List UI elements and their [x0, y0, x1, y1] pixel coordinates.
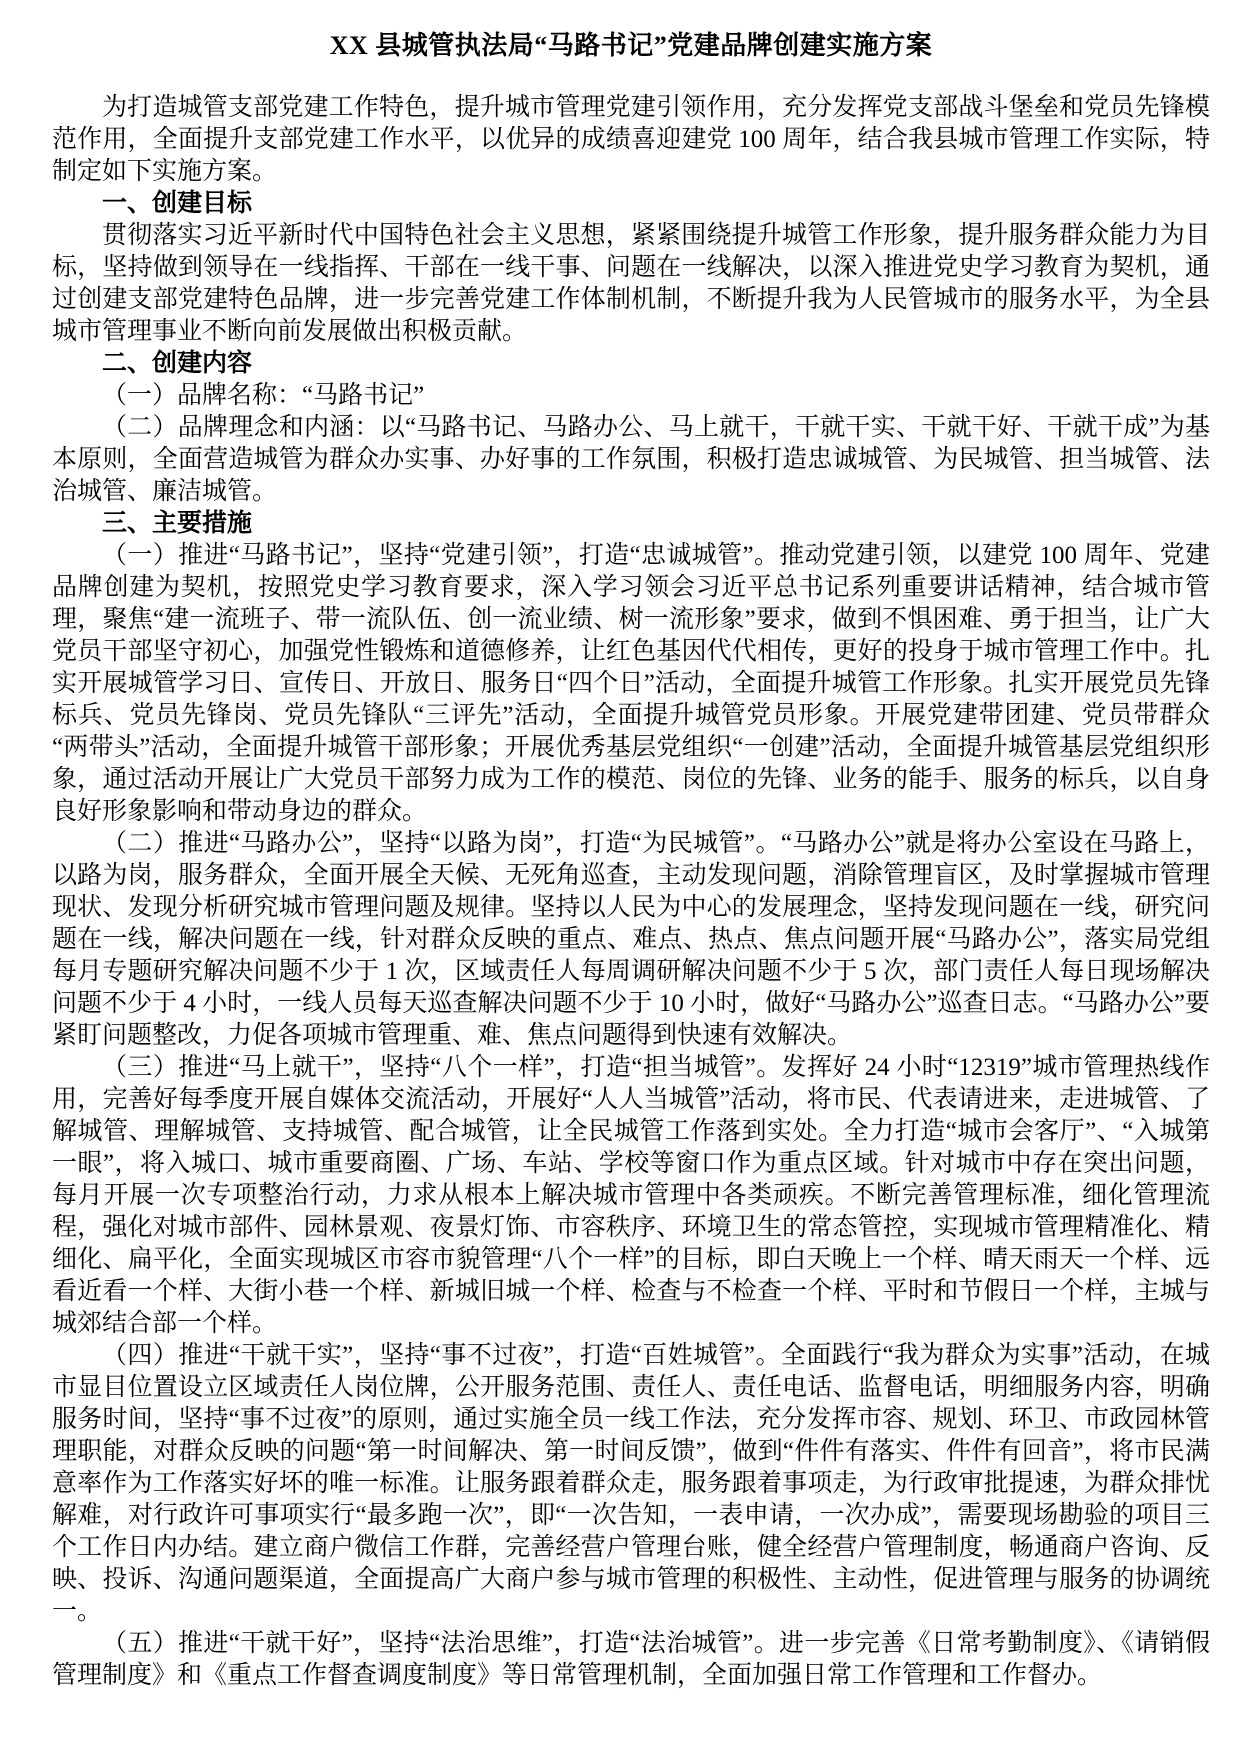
section-heading-creation-content: 二、创建内容: [52, 348, 1210, 380]
measure-3-paragraph: （三）推进“马上就干”，坚持“八个一样”，打造“担当城管”。发挥好 24 小时“…: [52, 1052, 1210, 1340]
document-page: XX 县城管执法局“马路书记”党建品牌创建实施方案 为打造城管支部党建工作特色，…: [0, 0, 1240, 1754]
document-title: XX 县城管执法局“马路书记”党建品牌创建实施方案: [52, 28, 1210, 64]
measure-5-paragraph: （五）推进“干就干好”，坚持“法治思维”，打造“法治城管”。进一步完善《日常考勤…: [52, 1628, 1210, 1692]
measure-4-paragraph: （四）推进“干就干实”，坚持“事不过夜”，打造“百姓城管”。全面践行“我为群众为…: [52, 1340, 1210, 1628]
section-heading-creation-goals: 一、创建目标: [52, 188, 1210, 220]
brand-concept-paragraph: （二）品牌理念和内涵：以“马路书记、马路办公、马上就干，干就干实、干就干好、干就…: [52, 412, 1210, 508]
section-heading-main-measures: 三、主要措施: [52, 508, 1210, 540]
intro-paragraph: 为打造城管支部党建工作特色，提升城市管理党建引领作用，充分发挥党支部战斗堡垒和党…: [52, 92, 1210, 188]
creation-goals-paragraph: 贯彻落实习近平新时代中国特色社会主义思想，紧紧围绕提升城管工作形象，提升服务群众…: [52, 220, 1210, 348]
measure-1-paragraph: （一）推进“马路书记”，坚持“党建引领”，打造“忠诚城管”。推动党建引领，以建党…: [52, 540, 1210, 828]
measure-2-paragraph: （二）推进“马路办公”，坚持“以路为岗”，打造“为民城管”。“马路办公”就是将办…: [52, 828, 1210, 1052]
brand-name-paragraph: （一）品牌名称：“马路书记”: [52, 380, 1210, 412]
